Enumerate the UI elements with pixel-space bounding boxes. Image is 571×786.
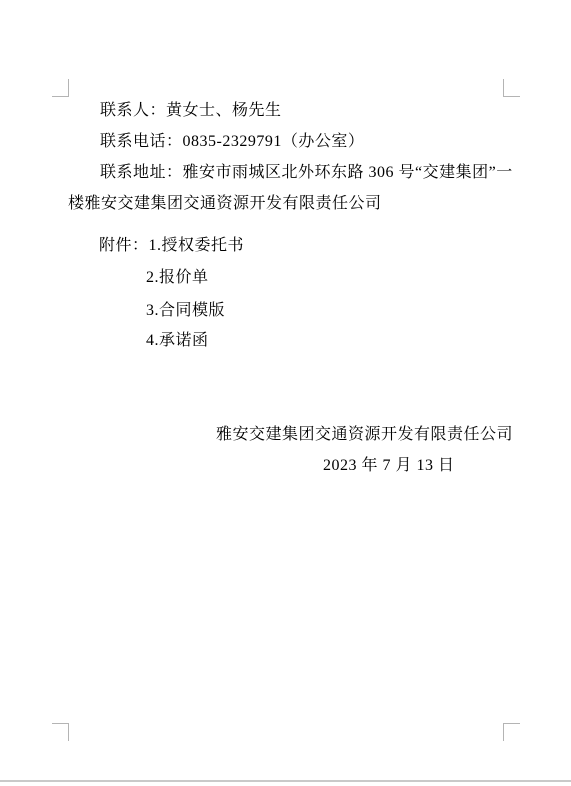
attachment-item-2: 2.报价单 — [146, 267, 209, 288]
attachment-item-4: 4.承诺函 — [146, 330, 209, 351]
contact-person-line: 联系人：黄女士、杨先生 — [100, 100, 282, 121]
attachment-item-1: 1.授权委托书 — [149, 237, 245, 254]
signature-company-name: 雅安交建集团交通资源开发有限责任公司 — [216, 424, 513, 445]
contact-address-line-1: 联系地址：雅安市雨城区北外环东路 306 号“交建集团”一 — [100, 162, 513, 183]
margin-mark-top-right-icon — [503, 79, 520, 97]
contact-phone-line: 联系电话：0835-2329791（办公室） — [100, 131, 364, 152]
margin-mark-bottom-left-icon — [52, 723, 69, 741]
attachments-line-1: 附件：1.授权委托书 — [99, 235, 244, 256]
signature-date: 2023 年 7 月 13 日 — [323, 455, 455, 476]
margin-mark-top-left-icon — [52, 79, 69, 97]
margin-mark-bottom-right-icon — [503, 723, 520, 741]
contact-address-line-2: 楼雅安交建集团交通资源开发有限责任公司 — [68, 193, 382, 214]
attachments-label: 附件： — [99, 237, 149, 254]
attachment-item-3: 3.合同模版 — [146, 300, 225, 321]
page-bottom-edge — [0, 780, 571, 782]
document-page: 联系人：黄女士、杨先生 联系电话：0835-2329791（办公室） 联系地址：… — [0, 0, 571, 786]
